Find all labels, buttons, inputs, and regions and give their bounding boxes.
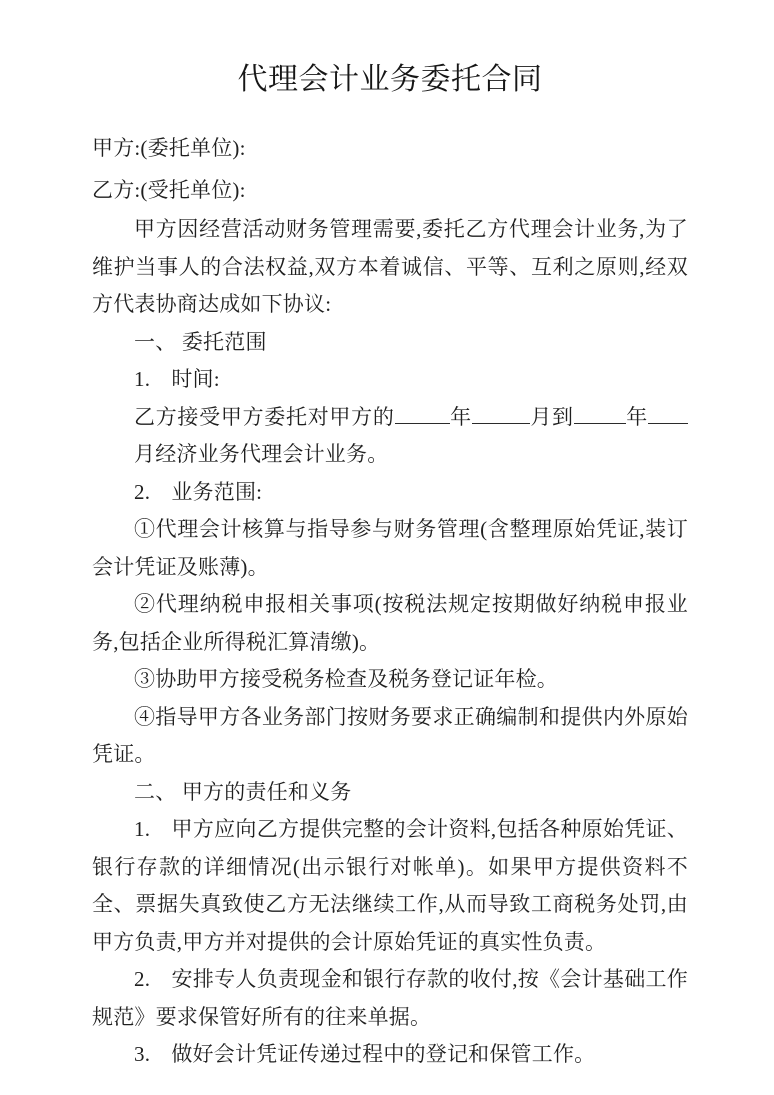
intro-paragraph: 甲方因经营活动财务管理需要,委托乙方代理会计业务,为了维护当事人的合法权益,双方… (92, 211, 688, 324)
section-2-heading: 二、 甲方的责任和义务 (92, 774, 688, 812)
time-clause-paragraph: 乙方接受甲方委托对甲方的年月到年月经济业务代理会计业务。 (92, 399, 688, 474)
scope-item-1: ①代理会计核算与指导参与财务管理(含整理原始凭证,装订会计凭证及账薄)。 (92, 511, 688, 586)
obligation-item-1: 1. 甲方应向乙方提供完整的会计资料,包括各种原始凭证、银行存款的详细情况(出示… (92, 811, 688, 961)
document-title: 代理会计业务委托合同 (92, 56, 688, 104)
party-b-line: 乙方:(受托单位): (92, 169, 688, 211)
contract-document-page: 代理会计业务委托合同 甲方:(委托单位): 乙方:(受托单位): 甲方因经营活动… (0, 0, 774, 1095)
party-a-line: 甲方:(委托单位): (92, 127, 688, 169)
time-clause-lead: 乙方接受甲方委托对甲方的 (134, 405, 395, 429)
obligation-item-2: 2. 安排专人负责现金和银行存款的收付,按《会计基础工作规范》要求保管好所有的往… (92, 961, 688, 1036)
section-1-heading: 一、 委托范围 (92, 324, 688, 362)
scope-item-3: ③协助甲方接受税务检查及税务登记证年检。 (92, 661, 688, 699)
year-end-blank-field[interactable] (574, 404, 626, 424)
unit-month-to: 月到 (530, 405, 574, 429)
year-start-blank-field[interactable] (395, 404, 450, 424)
month-start-blank-field[interactable] (472, 404, 530, 424)
month-end-blank-field[interactable] (648, 404, 688, 424)
unit-year-start: 年 (450, 405, 472, 429)
time-clause-tail: 月经济业务代理会计业务。 (134, 442, 388, 466)
section-1-scope-label: 2. 业务范围: (92, 474, 688, 512)
scope-item-2: ②代理纳税申报相关事项(按税法规定按期做好纳税申报业务,包括企业所得税汇算清缴)… (92, 586, 688, 661)
obligation-item-3: 3. 做好会计凭证传递过程中的登记和保管工作。 (92, 1036, 688, 1074)
section-1-time-label: 1. 时间: (92, 361, 688, 399)
unit-year-end: 年 (626, 405, 648, 429)
scope-item-4: ④指导甲方各业务部门按财务要求正确编制和提供内外原始凭证。 (92, 699, 688, 774)
